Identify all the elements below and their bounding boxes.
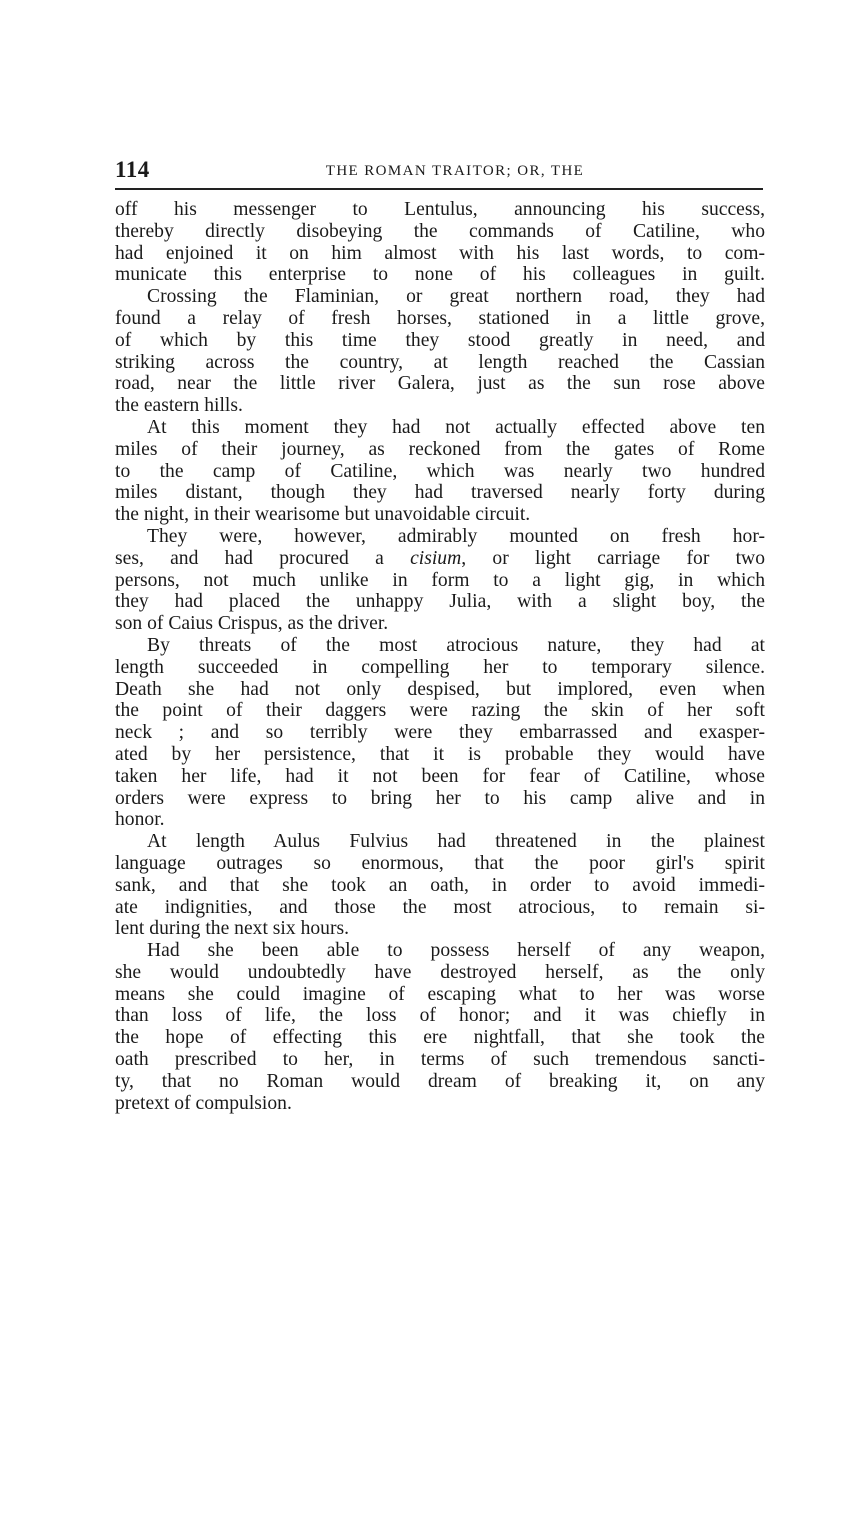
running-head: THE ROMAN TRAITOR; OR, THE xyxy=(115,160,765,182)
text-line: pretext of compulsion. xyxy=(115,1093,765,1115)
paragraph: They were, however, admirably mounted on… xyxy=(115,526,765,635)
text-line: length succeeded in compelling her to te… xyxy=(115,657,765,679)
text-line: taken her life, had it not been for fear… xyxy=(115,766,765,788)
text-line: they had placed the unhappy Julia, with … xyxy=(115,591,765,613)
text-line: off his messenger to Lentulus, announcin… xyxy=(115,199,765,221)
text-line: Death she had not only despised, but imp… xyxy=(115,679,765,701)
text-line: the point of their daggers were razing t… xyxy=(115,700,765,722)
text-line: the eastern hills. xyxy=(115,395,765,417)
text-line: found a relay of fresh horses, stationed… xyxy=(115,308,765,330)
text-line: road, near the little river Galera, just… xyxy=(115,373,765,395)
text-line: striking across the country, at length r… xyxy=(115,352,765,374)
text-line: By threats of the most atrocious nature,… xyxy=(115,635,765,657)
text-line: the night, in their wearisome but unavoi… xyxy=(115,504,765,526)
text-line: orders were express to bring her to his … xyxy=(115,788,765,810)
text-line-with-italic: ses, and had procured a cisium, or light… xyxy=(115,548,765,570)
text-line: son of Caius Crispus, as the driver. xyxy=(115,613,765,635)
header-rule xyxy=(115,188,763,190)
text-line: miles of their journey, as reckoned from… xyxy=(115,439,765,461)
text-line: means she could imagine of escaping what… xyxy=(115,984,765,1006)
text-line: ty, that no Roman would dream of breakin… xyxy=(115,1071,765,1093)
text-line: than loss of life, the loss of honor; an… xyxy=(115,1005,765,1027)
page-header: 114 THE ROMAN TRAITOR; OR, THE xyxy=(115,156,765,186)
paragraph: At length Aulus Fulvius had threatened i… xyxy=(115,831,765,940)
text-line: miles distant, though they had traversed… xyxy=(115,482,765,504)
text-segment: ses, and had procured a xyxy=(115,548,410,569)
text-line: of which by this time they stood greatly… xyxy=(115,330,765,352)
text-line: had enjoined it on him almost with his l… xyxy=(115,243,765,265)
text-line: she would undoubtedly have destroyed her… xyxy=(115,962,765,984)
text-line: to the camp of Catiline, which was nearl… xyxy=(115,461,765,483)
paragraph: By threats of the most atrocious nature,… xyxy=(115,635,765,831)
body-text: off his messenger to Lentulus, announcin… xyxy=(115,199,765,1114)
italic-term: cisium xyxy=(410,548,461,569)
text-line: Had she been able to possess herself of … xyxy=(115,940,765,962)
text-line: At this moment they had not actually eff… xyxy=(115,417,765,439)
text-line: ated by her persistence, that it is prob… xyxy=(115,744,765,766)
text-line: lent during the next six hours. xyxy=(115,918,765,940)
paragraph: At this moment they had not actually eff… xyxy=(115,417,765,526)
text-line: Crossing the Flaminian, or great norther… xyxy=(115,286,765,308)
text-line: They were, however, admirably mounted on… xyxy=(115,526,765,548)
text-line: persons, not much unlike in form to a li… xyxy=(115,570,765,592)
text-line: the hope of effecting this ere nightfall… xyxy=(115,1027,765,1049)
text-segment: , or light carriage for two xyxy=(461,548,765,569)
text-line: neck ; and so terribly were they embarra… xyxy=(115,722,765,744)
paragraph: Crossing the Flaminian, or great norther… xyxy=(115,286,765,417)
text-line: oath prescribed to her, in terms of such… xyxy=(115,1049,765,1071)
text-line: municate this enterprise to none of his … xyxy=(115,264,765,286)
text-line: honor. xyxy=(115,809,765,831)
text-line: sank, and that she took an oath, in orde… xyxy=(115,875,765,897)
text-line: language outrages so enormous, that the … xyxy=(115,853,765,875)
text-line: At length Aulus Fulvius had threatened i… xyxy=(115,831,765,853)
paragraph: Had she been able to possess herself of … xyxy=(115,940,765,1114)
text-line: thereby directly disobeying the commands… xyxy=(115,221,765,243)
paragraph: off his messenger to Lentulus, announcin… xyxy=(115,199,765,286)
text-line: ate indignities, and those the most atro… xyxy=(115,897,765,919)
